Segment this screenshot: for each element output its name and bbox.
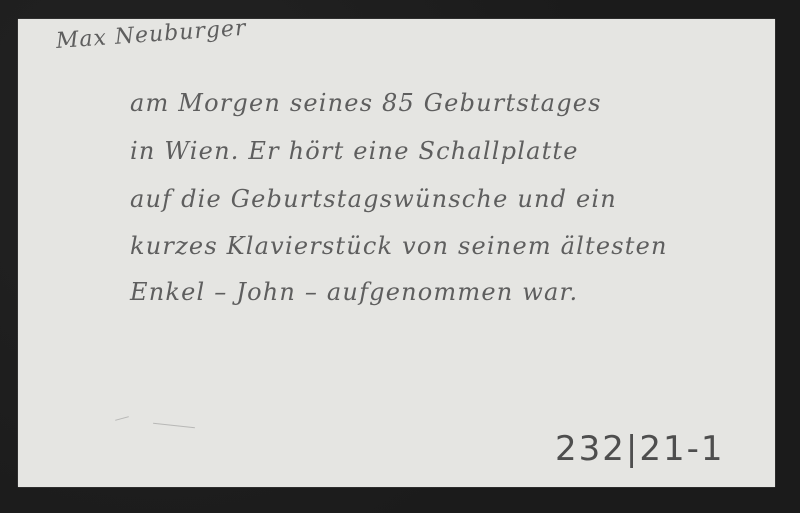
text-line-2: in Wien. Er hört eine Schallplatte xyxy=(130,137,579,165)
catalog-number: 232|21-1 xyxy=(555,429,725,469)
pencil-smudge xyxy=(115,416,129,421)
text-line-4: kurzes Klavierstück von seinem ältesten xyxy=(130,232,668,260)
text-line-3: auf die Geburtstagswünsche und ein xyxy=(130,185,617,213)
text-line-5: Enkel – John – aufgenommen war. xyxy=(130,278,578,306)
index-card: Max Neuburger am Morgen seines 85 Geburt… xyxy=(18,19,775,487)
card-heading: Max Neuburger xyxy=(55,16,247,54)
text-line-1: am Morgen seines 85 Geburtstages xyxy=(130,89,602,117)
pencil-smudge xyxy=(153,423,195,428)
